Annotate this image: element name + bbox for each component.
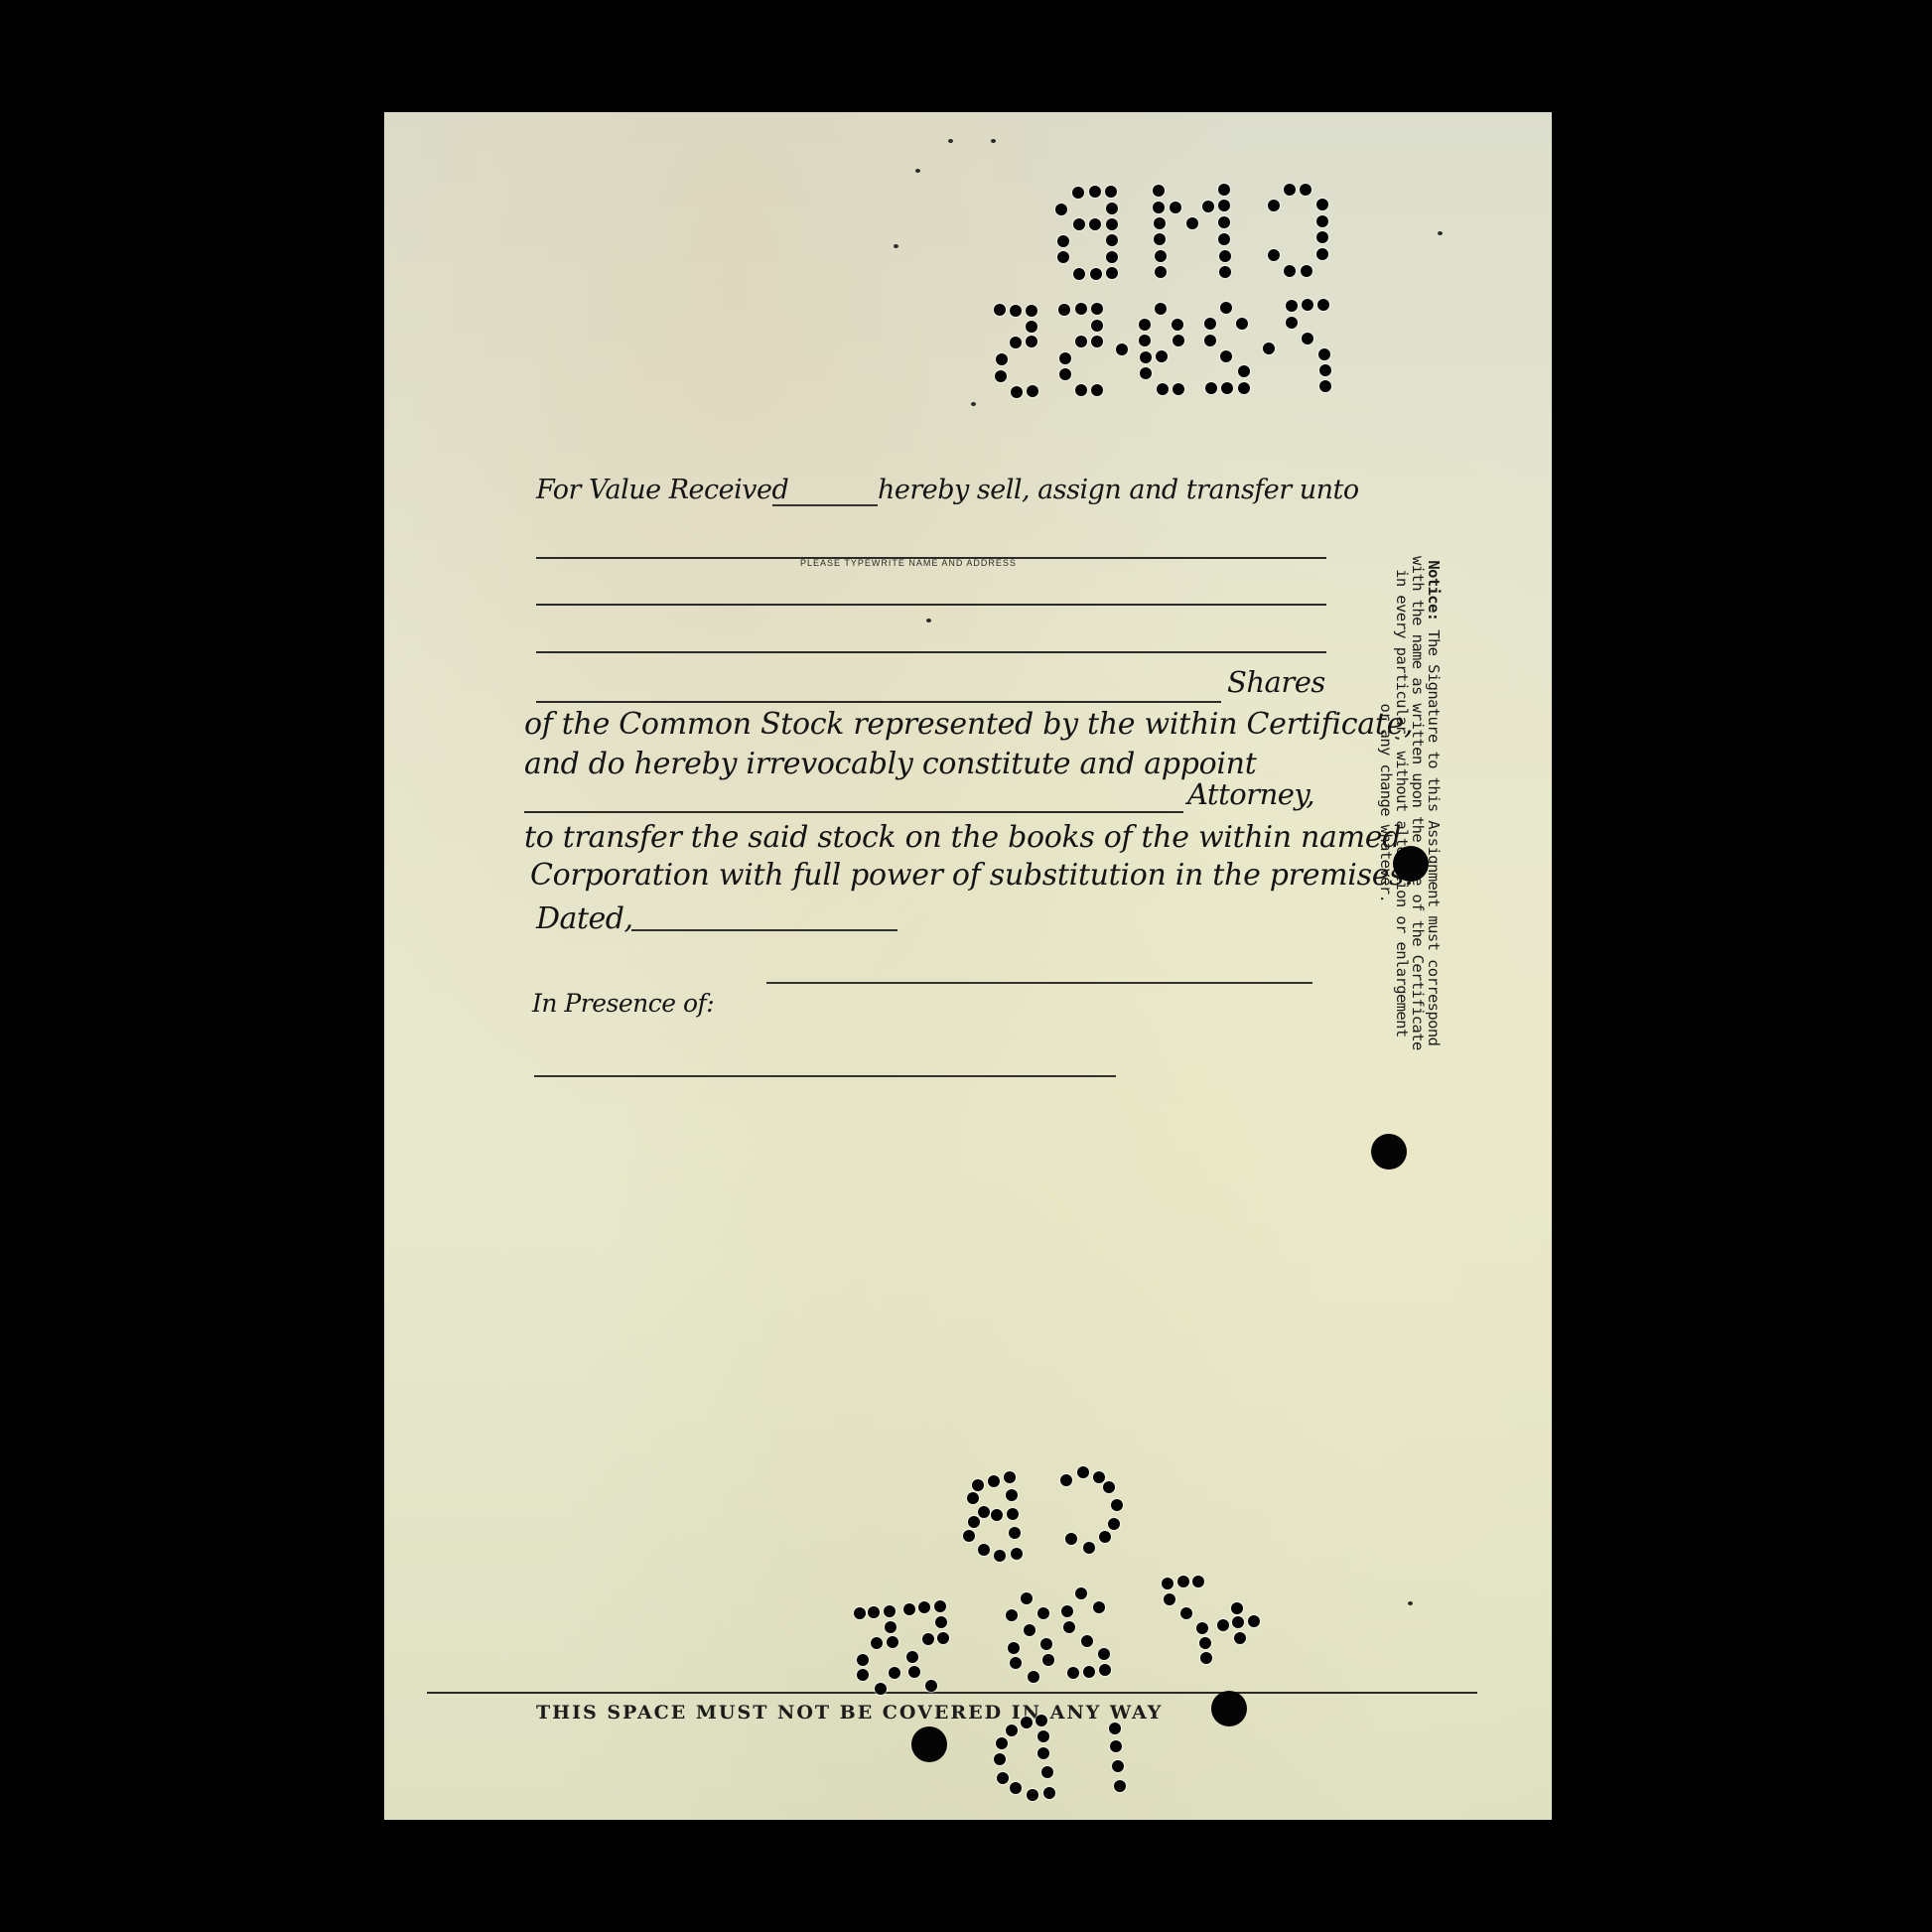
- perforation-dot: [1232, 1616, 1244, 1628]
- perforation-dot: [1111, 1499, 1123, 1511]
- perforation-dot: [1106, 251, 1118, 263]
- perforation-dot: [906, 1651, 918, 1663]
- perforation-dot: [1192, 1576, 1204, 1587]
- perforation-dot: [1021, 1717, 1033, 1728]
- footer-divider-line: [427, 1692, 1477, 1694]
- perforation-dot: [1008, 1642, 1020, 1654]
- perforation-dot: [1172, 319, 1183, 331]
- perforation-dot: [1231, 1602, 1243, 1614]
- perforation-dot: [857, 1654, 869, 1666]
- perforation-dot: [1091, 384, 1103, 396]
- perforation-dot: [1106, 203, 1118, 214]
- perforation-dot: [1139, 335, 1151, 346]
- perforation-dot: [1218, 233, 1230, 245]
- perforation-dot: [1026, 305, 1037, 317]
- paper-speck: [915, 169, 920, 173]
- irrevocably-appoint-line: and do hereby irrevocably constitute and…: [524, 747, 1256, 781]
- perforation-dot: [1059, 352, 1071, 364]
- perforation-dot: [1219, 250, 1231, 262]
- perforation-dot: [1037, 1730, 1049, 1742]
- perforation-dot: [918, 1601, 930, 1613]
- shares-label: Shares: [1227, 665, 1325, 699]
- perforation-dot: [857, 1669, 869, 1681]
- perforation-dot: [1041, 1766, 1053, 1778]
- paper-speck: [894, 244, 898, 248]
- perforation-dot: [1153, 202, 1165, 213]
- corporation-substitution-line: Corporation with full power of substitut…: [530, 858, 1414, 893]
- perforation-dot: [1218, 184, 1230, 196]
- perforation-dot: [1112, 1760, 1124, 1772]
- perforation-dot: [1065, 1533, 1077, 1545]
- perforation-dot: [935, 1616, 947, 1628]
- perforation-dot: [1204, 318, 1216, 330]
- perforation-dot: [1037, 1747, 1049, 1759]
- perforation-dot: [1219, 266, 1231, 278]
- perforation-dot: [1140, 367, 1152, 379]
- perforation-dot: [994, 304, 1006, 316]
- perforation-dot: [1098, 1648, 1110, 1660]
- perforation-dot: [1140, 351, 1152, 363]
- perforation-dot: [1010, 1782, 1022, 1794]
- perforation-dot: [1021, 1592, 1033, 1604]
- perforation-dot: [1091, 320, 1103, 332]
- perforation-dot: [1060, 1474, 1072, 1486]
- perforation-dot: [1075, 303, 1087, 315]
- perforation-dot: [1081, 1635, 1093, 1647]
- perforation-dot: [1186, 217, 1198, 229]
- notice-heading: Notice:: [1425, 560, 1443, 621]
- perforation-dot: [1284, 184, 1296, 196]
- perforation-dot: [1316, 215, 1328, 227]
- perforation-dot: [1220, 350, 1232, 362]
- perforation-dot: [1037, 1607, 1049, 1619]
- perforation-dot: [978, 1506, 990, 1518]
- perforation-dot: [1234, 1632, 1246, 1644]
- assignee-address-line-2[interactable]: [536, 604, 1326, 606]
- perforation-dot: [1106, 267, 1118, 279]
- perforation-dot: [1196, 1622, 1208, 1634]
- perforation-dot: [1089, 218, 1101, 230]
- perforation-dot: [1316, 199, 1328, 210]
- perforation-dot: [871, 1637, 883, 1649]
- perforation-dot: [1155, 266, 1167, 278]
- perforation-dot: [1156, 350, 1168, 362]
- perforation-dot: [1106, 218, 1118, 230]
- perforation-dot: [1173, 335, 1184, 346]
- perforation-dot: [1139, 319, 1151, 331]
- perforation-dot: [968, 1516, 980, 1528]
- date-line[interactable]: [631, 929, 897, 931]
- perforation-dot: [1217, 1619, 1229, 1631]
- common-stock-line: of the Common Stock represented by the w…: [524, 707, 1413, 742]
- value-blank-line: [772, 504, 878, 506]
- perforation-dot: [1057, 235, 1069, 247]
- perforation-dot: [1157, 383, 1169, 395]
- perforation-dot: [937, 1632, 949, 1644]
- perforation-dot: [1263, 343, 1275, 354]
- perforation-dot: [1091, 336, 1103, 347]
- for-value-received-label: For Value Received: [536, 475, 788, 505]
- perforation-dot: [1027, 1789, 1038, 1801]
- perforation-dot: [1268, 249, 1280, 261]
- perforation-dot: [996, 1737, 1008, 1749]
- perforation-dot: [1177, 1576, 1189, 1587]
- paper-speck: [1438, 231, 1443, 235]
- perforation-dot: [1010, 305, 1022, 317]
- perforation-dot: [1319, 380, 1331, 392]
- perforation-dot: [1170, 202, 1181, 213]
- perforation-dot: [967, 1492, 979, 1504]
- perforation-dot: [875, 1683, 887, 1695]
- perforation-dot: [972, 1479, 984, 1491]
- perforation-dot: [1007, 1508, 1019, 1520]
- perforation-dot: [1284, 265, 1296, 277]
- perforation-dot: [922, 1633, 934, 1645]
- attorney-name-line[interactable]: [524, 811, 1183, 813]
- perforation-dot: [1027, 385, 1038, 397]
- perforation-dot: [1026, 336, 1037, 347]
- perforation-dot: [889, 1667, 900, 1679]
- perforation-dot: [1075, 336, 1087, 347]
- perforation-dot: [1319, 364, 1331, 376]
- perforation-dot: [1099, 1531, 1111, 1543]
- perforation-dot: [1024, 1624, 1035, 1636]
- paper-speck: [926, 619, 931, 622]
- do-not-cover-warning: THIS SPACE MUST NOT BE COVERED IN ANY WA…: [536, 1702, 1163, 1724]
- perforation-dot: [1103, 1481, 1115, 1493]
- perforation-dot: [925, 1680, 937, 1692]
- perforation-dot: [1268, 200, 1280, 211]
- perforation-dot: [988, 1475, 1000, 1487]
- perforation-dot: [885, 1621, 897, 1633]
- perforation-dot: [1109, 1723, 1121, 1734]
- perforation-dot: [1286, 317, 1298, 329]
- paper-speck: [991, 139, 996, 143]
- perforation-dot: [995, 370, 1007, 382]
- perforation-dot: [963, 1530, 975, 1542]
- perforation-dot: [1090, 268, 1102, 280]
- perforation-dot: [1205, 382, 1217, 394]
- perforation-dot: [1061, 1605, 1073, 1617]
- perforation-dot: [1057, 251, 1069, 263]
- perforation-dot: [1317, 299, 1329, 311]
- perforation-dot: [1316, 231, 1328, 243]
- perforation-dot: [1058, 304, 1070, 316]
- perforation-dot: [1093, 1471, 1105, 1483]
- perforation-dot: [1067, 1667, 1079, 1679]
- perforation-dot: [978, 1544, 990, 1556]
- perforation-dot: [1116, 344, 1128, 355]
- perforation-dot: [1006, 1489, 1018, 1501]
- perforation-dot: [1083, 1666, 1095, 1678]
- perforation-dot: [1099, 1664, 1111, 1676]
- perforation-dot: [1218, 200, 1230, 211]
- perforation-dot: [1200, 1652, 1212, 1664]
- perforation-dot: [1114, 1780, 1126, 1792]
- signature-line[interactable]: [766, 982, 1312, 984]
- perforation-dot: [1010, 337, 1022, 348]
- perforation-dot: [1238, 365, 1250, 377]
- perforation-dot: [1248, 1615, 1260, 1627]
- perforation-dot: [1075, 384, 1087, 396]
- dated-label: Dated,: [536, 901, 633, 936]
- paper-speck: [1408, 1601, 1413, 1605]
- sell-assign-transfer-label: hereby sell, assign and transfer unto: [878, 475, 1359, 505]
- perforation-dot: [1180, 1607, 1192, 1619]
- binding-hole-footer: [1211, 1691, 1247, 1726]
- perforation-dot: [994, 1550, 1006, 1562]
- perforation-dot: [1026, 321, 1037, 333]
- perforation-dot: [854, 1607, 866, 1619]
- assignee-address-line-3[interactable]: [536, 651, 1326, 653]
- perforation-dot: [1011, 386, 1023, 398]
- witness-line[interactable]: [534, 1075, 1116, 1077]
- perforation-dot: [1238, 382, 1250, 394]
- perforation-dot: [1318, 348, 1330, 360]
- notice-line-2: with the name as written upon the face o…: [1410, 556, 1426, 1050]
- perforation-dot: [1110, 1740, 1122, 1752]
- perforation-dot: [1164, 1593, 1175, 1605]
- perforation-dot: [1083, 1542, 1095, 1554]
- perforation-dot: [1089, 186, 1101, 198]
- transfer-stock-line: to transfer the said stock on the books …: [524, 820, 1401, 855]
- perforation-dot: [887, 1636, 898, 1648]
- perforation-dot: [1006, 1609, 1018, 1621]
- attorney-label: Attorney,: [1187, 777, 1314, 811]
- typewrite-name-address-caption: PLEASE TYPEWRITE NAME AND ADDRESS: [800, 558, 1017, 568]
- perforation-dot: [1199, 1637, 1211, 1649]
- perforation-dot: [1154, 217, 1166, 229]
- perforation-dot: [1173, 383, 1184, 395]
- perforation-dot: [1091, 303, 1103, 315]
- perforation-dot: [1004, 1471, 1016, 1483]
- notice-line-1: Notice: The Signature to this Assignment…: [1426, 556, 1442, 1050]
- perforation-dot: [1300, 184, 1311, 196]
- perforation-dot: [1059, 368, 1071, 380]
- paper-speck: [971, 402, 976, 406]
- perforation-dot: [1220, 302, 1232, 314]
- perforation-dot: [1286, 300, 1298, 312]
- perforation-dot: [1218, 216, 1230, 228]
- perforation-dot: [1162, 1578, 1173, 1589]
- perforation-dot: [996, 353, 1008, 365]
- perforation-dot: [1011, 1548, 1023, 1560]
- perforation-dot: [1204, 335, 1216, 346]
- perforation-dot: [1155, 250, 1167, 262]
- perforation-dot: [868, 1606, 880, 1618]
- perforation-dot: [1035, 1715, 1047, 1726]
- binding-hole-lower-right: [1371, 1134, 1407, 1170]
- perforation-dot: [991, 1509, 1003, 1521]
- perforation-dot: [1073, 218, 1085, 230]
- binding-hole-bottom-left: [911, 1726, 947, 1762]
- perforation-dot: [884, 1605, 896, 1617]
- perforation-dot: [1040, 1638, 1052, 1650]
- perforation-dot: [1302, 333, 1313, 345]
- perforation-dot: [1042, 1654, 1054, 1666]
- perforation-dot: [1105, 186, 1117, 198]
- perforation-dot: [1154, 233, 1166, 245]
- perforation-dot: [1302, 299, 1313, 311]
- in-presence-of-label: In Presence of:: [532, 989, 714, 1018]
- perforation-dot: [1063, 1621, 1075, 1633]
- perforation-dot: [1077, 1466, 1089, 1478]
- perforation-dot: [903, 1603, 915, 1615]
- perforation-dot: [1073, 268, 1085, 280]
- perforation-dot: [1010, 1657, 1022, 1669]
- perforation-dot: [1236, 318, 1248, 330]
- perforation-dot: [997, 1772, 1009, 1784]
- perforation-dot: [1301, 265, 1312, 277]
- binding-hole-upper-right: [1393, 846, 1429, 882]
- perforation-dot: [1108, 1518, 1120, 1530]
- perforation-dot: [1006, 1725, 1018, 1736]
- perforation-dot: [1009, 1527, 1021, 1539]
- perforation-dot: [1153, 185, 1165, 197]
- shares-count-line[interactable]: [536, 701, 1221, 703]
- perforation-dot: [1028, 1671, 1039, 1683]
- perforation-dot: [1072, 187, 1084, 199]
- paper-speck: [948, 139, 953, 143]
- perforation-dot: [1155, 303, 1167, 315]
- notice-line-3: in every particular, without alteration …: [1394, 556, 1410, 1050]
- perforation-dot: [934, 1600, 946, 1612]
- perforation-dot: [1316, 248, 1328, 260]
- perforation-dot: [908, 1666, 920, 1678]
- signature-notice: Notice: The Signature to this Assignment…: [1378, 556, 1442, 1050]
- perforation-dot: [1055, 204, 1067, 215]
- perforation-dot: [1075, 1587, 1087, 1599]
- certificate-back-page: [384, 112, 1552, 1820]
- perforation-dot: [1093, 1601, 1105, 1613]
- perforation-dot: [1202, 201, 1214, 212]
- notice-line-4: or any change whatever.: [1378, 556, 1394, 1050]
- perforation-dot: [1221, 382, 1233, 394]
- perforation-dot: [1106, 234, 1118, 246]
- perforation-dot: [1043, 1787, 1055, 1799]
- perforation-dot: [994, 1753, 1006, 1765]
